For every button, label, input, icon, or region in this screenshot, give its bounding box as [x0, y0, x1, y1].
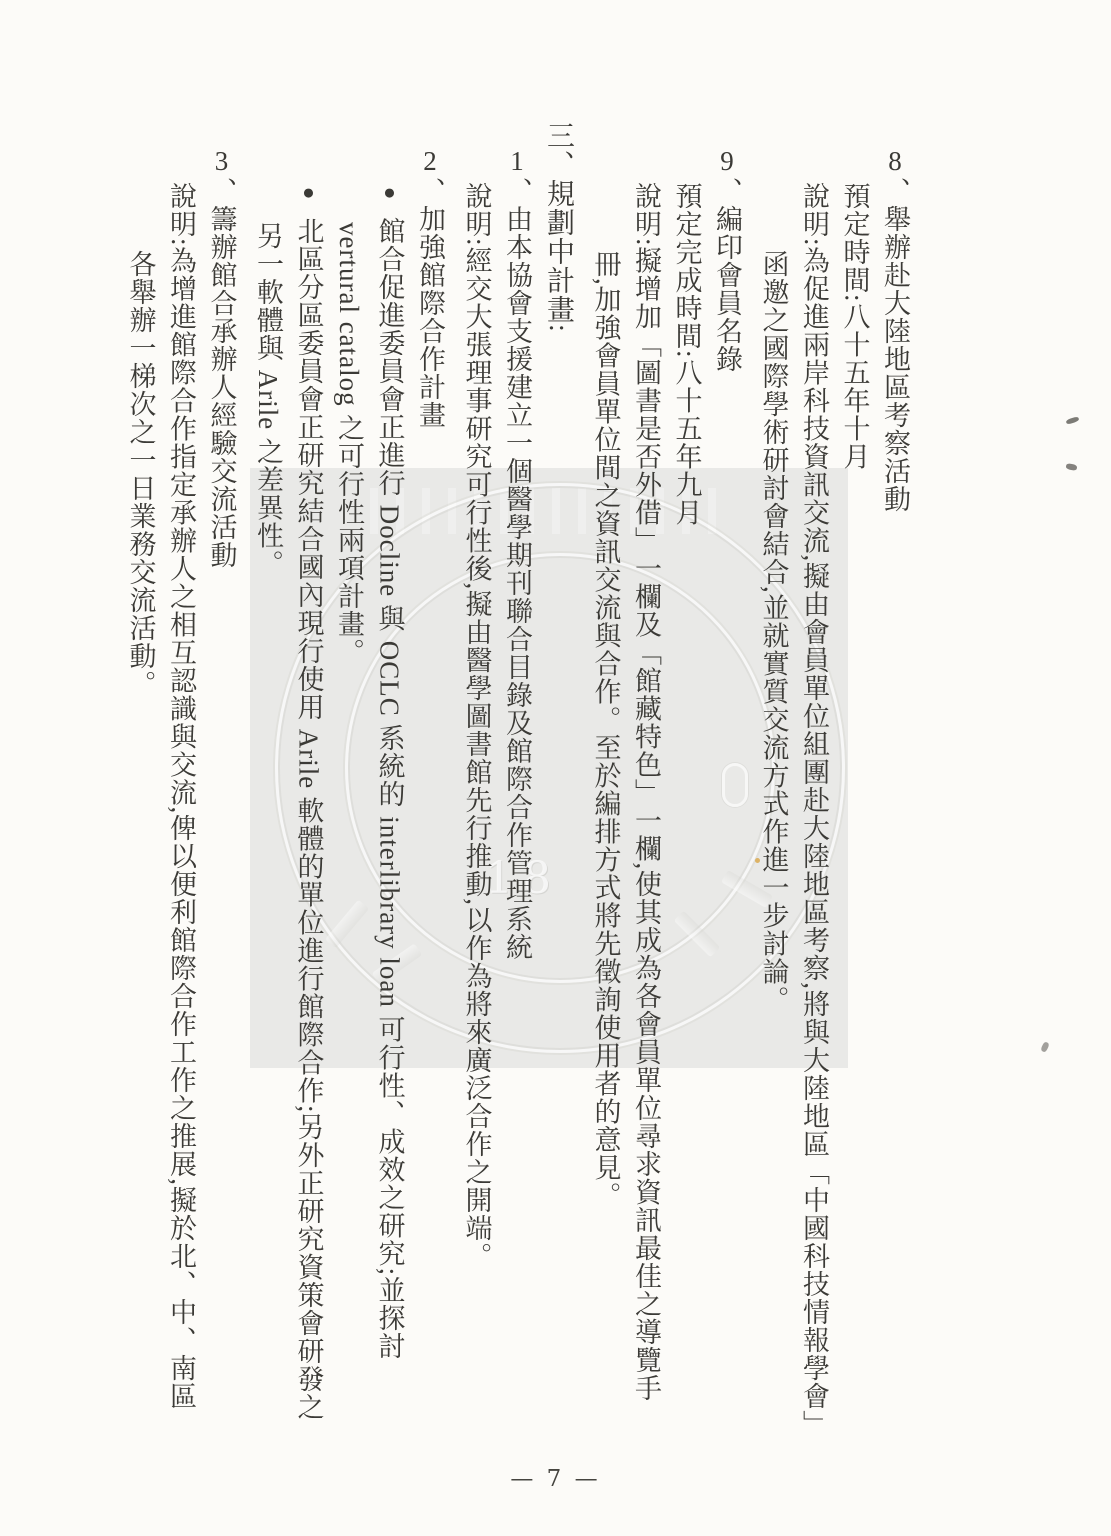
- plan-item-1: 1、由本協會支援建立一個醫學期刊聯合目錄及館際合作管理系統 說明:經交大張理事研…: [456, 118, 537, 1430]
- plan-2-number: 2、: [415, 146, 445, 205]
- item-9-title: 編印會員名錄: [712, 205, 742, 373]
- page-number: — 7 —: [510, 1466, 600, 1492]
- agenda-item-8: 8、舉辦赴大陸地區考察活動 預定時間:八十五年十月 說明:為促進兩岸科技資訊交流…: [753, 118, 915, 1430]
- item-8-title: 舉辦赴大陸地區考察活動: [880, 205, 910, 513]
- plan-3-description: 說明:為增進館際合作指定承辦人之相互認識與交流,俾以便利館際合作工作之推展,擬於…: [120, 118, 201, 1430]
- item-9-number: 9、: [712, 146, 742, 205]
- plan-2-bullet-2-text: 北區分區委員會正研究結合國內現行使用 Arile 軟體的單位進行館際合作;另外正…: [253, 217, 324, 1421]
- item-8-heading: 8、舉辦赴大陸地區考察活動: [875, 118, 916, 1430]
- scanned-document-page: 18 8、舉辦赴大陸地區考察活動 預定時間:八十五年十月 說明:為促進兩岸科技資…: [0, 0, 1111, 1536]
- bullet-icon: ●: [297, 180, 321, 205]
- plan-2-bullet-2: ●北區分區委員會正研究結合國內現行使用 Arile 軟體的單位進行館際合作;另外…: [248, 118, 329, 1430]
- plan-1-description: 說明:經交大張理事研究可行性後,擬由醫學圖書館先行推動,以作為將來廣泛合作之開端…: [456, 118, 497, 1430]
- plan-3-number: 3、: [207, 146, 237, 205]
- item-8-number: 8、: [880, 146, 910, 205]
- vertical-text-body: 8、舉辦赴大陸地區考察活動 預定時間:八十五年十月 說明:為促進兩岸科技資訊交流…: [114, 118, 915, 1430]
- plan-1-number: 1、: [502, 146, 532, 205]
- item-9-description: 說明:擬增加「圖書是否外借」一欄及「館藏特色」一欄,使其成為各會員單位尋求資訊最…: [585, 118, 666, 1430]
- plan-item-2: 2、加強館際合作計畫 ●館合促進委員會正進行 Docline 與 OCLC 系統…: [248, 118, 451, 1430]
- plan-3-title: 籌辦館合承辦人經驗交流活動: [207, 205, 237, 569]
- agenda-item-9: 9、編印會員名錄 預定完成時間:八十五年九月 說明:擬增加「圖書是否外借」一欄及…: [585, 118, 747, 1430]
- plan-1-title: 由本協會支援建立一個醫學期刊聯合目錄及館際合作管理系統: [502, 205, 532, 961]
- item-9-time: 預定完成時間:八十五年九月: [666, 118, 707, 1430]
- scan-mark: [1040, 1041, 1050, 1053]
- bullet-icon: ●: [378, 180, 402, 205]
- plan-2-bullet-1-text: 館合促進委員會正進行 Docline 與 OCLC 系統的 interlibra…: [334, 217, 405, 1360]
- plan-2-title: 加強館際合作計畫: [415, 205, 445, 429]
- plan-3-heading: 3、籌辦館合承辦人經驗交流活動: [201, 118, 242, 1430]
- item-8-time: 預定時間:八十五年十月: [834, 118, 875, 1430]
- scan-mark: [1065, 463, 1077, 471]
- plan-2-heading: 2、加強館際合作計畫: [410, 118, 451, 1430]
- scan-mark: [1066, 416, 1080, 425]
- item-8-description: 說明:為促進兩岸科技資訊交流,擬由會員單位組團赴大陸地區考察,將與大陸地區「中國…: [753, 118, 834, 1430]
- scan-mark: [755, 858, 760, 863]
- item-9-heading: 9、編印會員名錄: [707, 118, 748, 1430]
- plan-2-bullet-1: ●館合促進委員會正進行 Docline 與 OCLC 系統的 interlibr…: [329, 118, 410, 1430]
- plan-1-heading: 1、由本協會支援建立一個醫學期刊聯合目錄及館際合作管理系統: [497, 118, 538, 1430]
- plan-item-3: 3、籌辦館合承辦人經驗交流活動 說明:為增進館際合作指定承辦人之相互認識與交流,…: [120, 118, 242, 1430]
- section-heading-3: 三、規劃中計畫:: [537, 118, 579, 1430]
